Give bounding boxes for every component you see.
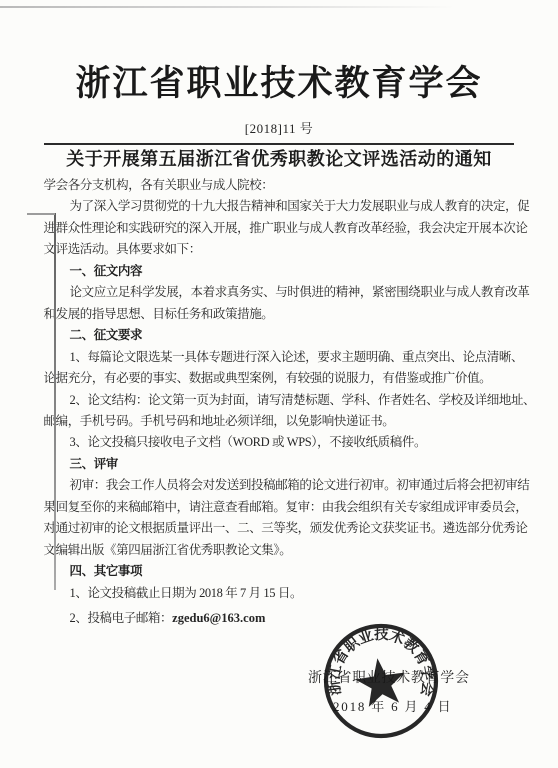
- body-line: 1、论文投稿截止日期为 2018 年 7 月 15 日。: [44, 583, 515, 604]
- body-line: 1、每篇论文限选某一具体专题进行深入论述，要求主题明确、重点突出、论点清晰、: [44, 347, 515, 368]
- body-line: 和发展的指导思想、目标任务和政策措施。: [44, 304, 515, 325]
- document-body: 学会各分支机构，各有关职业与成人院校：为了深入学习贯彻党的十九大报告精神和国家关…: [44, 175, 515, 630]
- scan-line-artifact: [0, 6, 455, 8]
- org-title: 浙江省职业技术教育学会: [0, 0, 558, 104]
- body-line: 三、评审: [44, 454, 515, 475]
- body-line: 一、征文内容: [44, 261, 515, 282]
- body-line: 四、其它事项: [44, 561, 515, 582]
- fold-line-artifact-vertical: [54, 213, 56, 590]
- seal-star-icon: [353, 655, 408, 708]
- body-line: 文编辑出版《第四届浙江省优秀职教论文集》。: [44, 540, 515, 561]
- body-line: 二、征文要求: [44, 325, 515, 346]
- body-line: 果回复至你的来稿邮箱中，请注意查看邮箱。复审：由我会组织有关专家组成评审委员会，: [44, 497, 515, 518]
- body-line: 初审：我会工作人员将会对发送到投稿邮箱的论文进行初审。初审通过后将会把初审结: [44, 475, 515, 496]
- body-line: 2、论文结构：论文第一页为封面，请写清楚标题、学科、作者姓名、学校及详细地址、: [44, 390, 515, 411]
- notice-title: 关于开展第五届浙江省优秀职教论文评选活动的通知: [0, 149, 558, 170]
- header-divider: [44, 143, 514, 145]
- fold-line-artifact-horizontal: [27, 213, 55, 215]
- body-line: 文评选活动。具体要求如下：: [44, 239, 515, 260]
- body-line: 邮编，手机号码。手机号码和地址必须详细，以免影响快递证书。: [44, 411, 515, 432]
- official-seal: 浙江省职业技术教育学会: [321, 621, 441, 741]
- body-line: 2、投稿电子邮箱：zgedu6@163.com: [44, 608, 515, 629]
- body-line: 进群众性理论和实践研究的深入开展，推广职业与成人教育改革经验，我会决定开展本次论: [44, 218, 515, 239]
- doc-number: [2018]11 号: [0, 120, 558, 138]
- body-line: 3、论文投稿只接收电子文档（WORD 或 WPS），不接收纸质稿件。: [44, 432, 515, 453]
- body-line: 对通过初审的论文根据质量评出一、二、三等奖，颁发优秀论文获奖证书。遴选部分优秀论: [44, 518, 515, 539]
- body-line: 论据充分，有必要的事实、数据或典型案例，有较强的说服力，有借鉴或推广价值。: [44, 368, 515, 389]
- body-line: 论文应立足科学发展，本着求真务实、与时俱进的精神，紧密围绕职业与成人教育改革: [44, 282, 515, 303]
- body-line: 学会各分支机构，各有关职业与成人院校：: [44, 175, 515, 196]
- body-line: 为了深入学习贯彻党的十九大报告精神和国家关于大力发展职业与成人教育的决定，促: [44, 196, 515, 217]
- scanned-notice-page: 浙江省职业技术教育学会 [2018]11 号 关于开展第五届浙江省优秀职教论文评…: [0, 0, 558, 768]
